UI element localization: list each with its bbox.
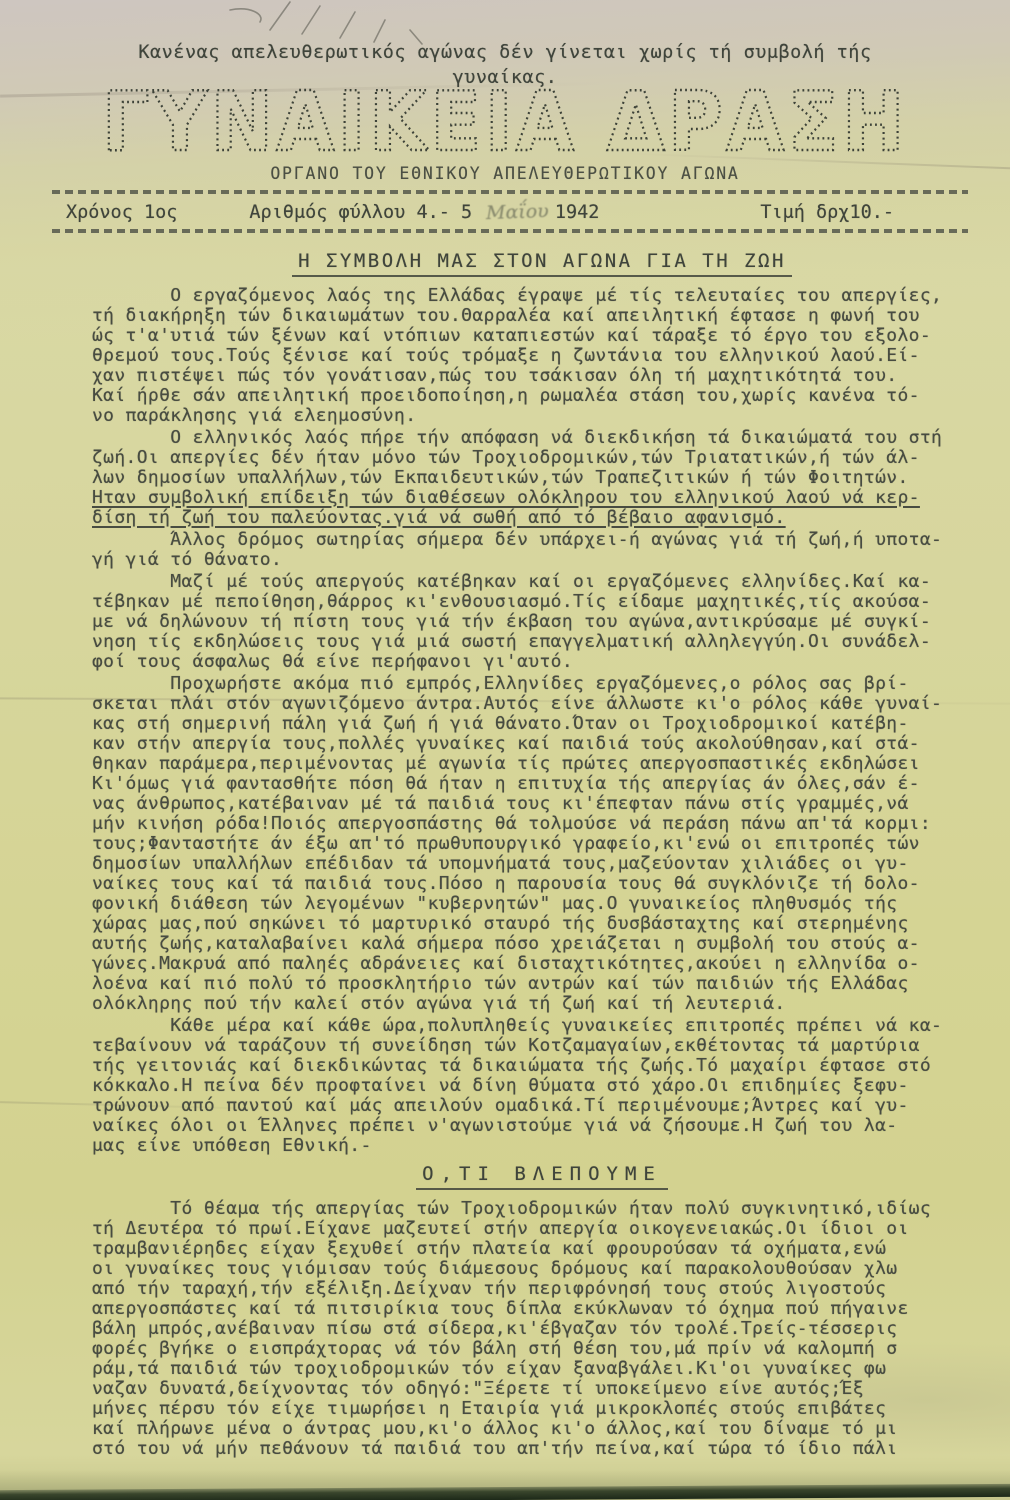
- issue-year: Χρόνος 1ος: [66, 202, 177, 223]
- issue-number: Αριθμός φύλλου 4.- 5: [249, 202, 472, 223]
- article-2-title: Ο,ΤΙ ΒΛΕΠΟΥΜΕ: [416, 1163, 668, 1190]
- text-line: Κι'όμως γιά φαντασθήτε πόση θά ήταν η επ…: [92, 774, 992, 794]
- text-line: νο παράκλησης γιά ελεημοσύνη.: [92, 406, 992, 426]
- text-line: φοί τους άσφαλως θά είνε περήφανοι γι'αυ…: [92, 652, 992, 672]
- text-line: Ο εργαζόμενος λαός της Ελλάδας έγραψε μέ…: [92, 286, 992, 306]
- text-line: γώνες.Μακρυά από παληές αδράνειες καί δι…: [92, 954, 992, 974]
- text-line: από τήν ταραχή,τήν εξέλιξη.Δείχναν τήν π…: [92, 1279, 992, 1299]
- paragraph: Προχωρήστε ακόμα πιό εμπρός,Ελληνίδες ερ…: [92, 674, 992, 1014]
- page-content: Η ΣΥΜΒΟΛΗ ΜΑΣ ΣΤΟΝ ΑΓΩΝΑ ΓΙΑ ΤΗ ΖΩΗ Ο ερ…: [92, 250, 992, 1461]
- text-line: Καί ήρθε σάν απειλητική προειδοποίηση,η …: [92, 386, 992, 406]
- text-line: θρεμού τους.Τούς ξένισε καί τούς τρόμαξε…: [92, 346, 992, 366]
- text-line: δημοσίων υπαλλήλων επέδιδαν τά υπομνήματ…: [92, 854, 992, 874]
- text-line: Ο ελληνικός λαός πήρε τήν απόφαση νά διε…: [92, 428, 992, 448]
- text-line: τρώνουν από παντού καί μάς απειλούν ομαδ…: [92, 1096, 992, 1116]
- text-line: τή Δευτέρα τό πρωί.Είχανε μαζευτεί στήν …: [92, 1219, 992, 1239]
- text-line: χώρας μας,πού σηκώνει τό μαρτυρικό σταυρ…: [92, 914, 992, 934]
- paragraph: Κάθε μέρα καί κάθε ώρα,πολυπληθείς γυναι…: [92, 1016, 992, 1156]
- text-line: γή γιά τό θάνατο.: [92, 550, 992, 570]
- subtitle: ΟΡΓΑΝΟ ΤΟΥ ΕΘΝΙΚΟΥ ΑΠΕΛΕΥΘΕΡΩΤΙΚΟΥ ΑΓΩΝΑ: [0, 164, 1010, 183]
- text-line: ζωή.Οι απεργίες δέν ήταν μόνο τών Τροχιο…: [92, 448, 992, 468]
- text-line: δίση τή ζωή του παλεύοντας.γιά νά σωθή α…: [92, 508, 992, 528]
- text-line: μας είνε υπόθεση Εθνική.-: [92, 1136, 992, 1156]
- text-line: μήνες πέρσυ τόν είχε τιμωρήσει η Εταιρία…: [92, 1399, 992, 1419]
- text-line: ναίκες όλοι οι Έλληνες πρέπει ν'αγωνιστο…: [92, 1116, 992, 1136]
- article-1-title: Η ΣΥΜΒΟΛΗ ΜΑΣ ΣΤΟΝ ΑΓΩΝΑ ΓΙΑ ΤΗ ΖΩΗ: [292, 250, 792, 277]
- text-line: φορές βγήκε ο εισπράχτορας νά τόν βάλη σ…: [92, 1339, 992, 1359]
- text-line: κόκκαλο.Η πείνα δέν προφταίνει νά δίνη θ…: [92, 1076, 992, 1096]
- text-line: χαν πιστέψει πώς τόν γονάτισαν,πώς του τ…: [92, 366, 992, 386]
- masthead-logo: ΓΥΝΑΙΚΕΙΑ ΔΡΑΣΗ: [90, 66, 920, 174]
- article-2-body: Τό θέαμα τής απεργίας τών Τροχιοδρομικών…: [92, 1199, 992, 1459]
- text-line: νηση τίς εκδηλώσεις τους γιά μιά σωστή ε…: [92, 632, 992, 652]
- text-line: αυτής ζωής,καταλαβαίνει καλά σήμερα πόσο…: [92, 934, 992, 954]
- text-line: καί πλήρωνε μένα ο άντρας μου,κι'ο άλλος…: [92, 1419, 992, 1439]
- text-line: στό του νά μήν πεθάνουν τά παιδιά του απ…: [92, 1439, 992, 1459]
- article-2-title-wrap: Ο,ΤΙ ΒΛΕΠΟΥΜΕ: [92, 1163, 992, 1190]
- issue-row: Χρόνος 1ος Αριθμός φύλλου 4.- 5 Μαΐου 19…: [52, 194, 968, 229]
- text-line: μήν κινήση ρόδα!Ποιός απεργοσπάστης θά τ…: [92, 814, 992, 834]
- text-line: καν στήν απεργία τους,πολλές γυναίκες κα…: [92, 734, 992, 754]
- text-line: Άλλος δρόμος σωτηρίας σήμερα δέν υπάρχει…: [92, 530, 992, 550]
- text-line: Ηταν συμβολική επίδειξη τών διαθέσεων ολ…: [92, 488, 992, 508]
- text-line: τή διακήρηξη τών δικαιωμάτων του.Θαρραλέ…: [92, 306, 992, 326]
- masthead-title-text: ΓΥΝΑΙΚΕΙΑ ΔΡΑΣΗ: [102, 75, 908, 170]
- article-1-title-wrap: Η ΣΥΜΒΟΛΗ ΜΑΣ ΣΤΟΝ ΑΓΩΝΑ ΓΙΑ ΤΗ ΖΩΗ: [92, 250, 992, 277]
- text-line: απεργοσπάστες καί τά πιτσιρίκια τους δίπ…: [92, 1299, 992, 1319]
- text-line: ναζαν δυνατά,δείχνοντας τόν οδηγό:"Ξέρετ…: [92, 1379, 992, 1399]
- text-line: Τό θέαμα τής απεργίας τών Τροχιοδρομικών…: [92, 1199, 992, 1219]
- paragraph: Άλλος δρόμος σωτηρίας σήμερα δέν υπάρχει…: [92, 530, 992, 570]
- text-line: ράμ,τά παιδιά τών τροχιοδρομικών τόν είχ…: [92, 1359, 992, 1379]
- motto-line-1: Κανένας απελευθερωτικός αγώνας δέν γίνετ…: [0, 40, 1010, 65]
- text-line: θηκαν παράμερα,περιμένοντας μέ αγωνία τί…: [92, 754, 992, 774]
- issue-price: Τιμή δρχ10.-: [760, 202, 894, 223]
- issue-info-block: Χρόνος 1ος Αριθμός φύλλου 4.- 5 Μαΐου 19…: [52, 190, 968, 233]
- text-line: ολόκληρης πού τήν καλεί στόν αγώνα γιά τ…: [92, 994, 992, 1014]
- text-line: τραμβανιέρηδες είχαν ξεχυθεί στήν πλατεί…: [92, 1239, 992, 1259]
- text-line: τεβαίνουν νά ταράζουν τή συνείδηση τών Κ…: [92, 1036, 992, 1056]
- paragraph: Τό θέαμα τής απεργίας τών Τροχιοδρομικών…: [92, 1199, 992, 1459]
- dashed-rule-bottom: [52, 229, 968, 233]
- dashed-rule-top: [52, 190, 968, 194]
- text-line: οι γυναίκες τους γιόμισαν τούς διάμεσους…: [92, 1259, 992, 1279]
- newspaper-page: Κανένας απελευθερωτικός αγώνας δέν γίνετ…: [0, 0, 1010, 1500]
- paragraph: Ο ελληνικός λαός πήρε τήν απόφαση νά διε…: [92, 428, 992, 528]
- paragraph: Μαζί μέ τούς απεργούς κατέβηκαν καί οι ε…: [92, 572, 992, 672]
- text-line: Κάθε μέρα καί κάθε ώρα,πολυπληθείς γυναι…: [92, 1016, 992, 1036]
- text-line: ώς τ'α'υτιά τών ξένων καί ντόπιων καταπι…: [92, 326, 992, 346]
- paragraph: Ο εργαζόμενος λαός της Ελλάδας έγραψε μέ…: [92, 286, 992, 426]
- issue-date-year: 1942: [555, 202, 600, 223]
- text-line: τής γειτονιάς καί διεκδικώντας τά δικαιώ…: [92, 1056, 992, 1076]
- article-1-body: Ο εργαζόμενος λαός της Ελλάδας έγραψε μέ…: [92, 286, 992, 1156]
- text-line: τους;Φανταστήτε άν έξω απ'τό πρωθυπουργι…: [92, 834, 992, 854]
- text-line: σκεται πλάι στόν αγωνιζόμενο άντρα.Αυτός…: [92, 694, 992, 714]
- text-line: νας άνθρωπος,κατέβαιναν μέ τά παιδιά του…: [92, 794, 992, 814]
- text-line: λοένα καί πιό πολύ τό προσκλητήριο τών α…: [92, 974, 992, 994]
- text-line: κας στή σημερινή πάλη γιά ζωή ή γιά θάνα…: [92, 714, 992, 734]
- text-line: βάλη μπρός,ανέβαιναν πίσω στά σίδερα,κι'…: [92, 1319, 992, 1339]
- text-line: Μαζί μέ τούς απεργούς κατέβηκαν καί οι ε…: [92, 572, 992, 592]
- text-line: με νά δηλώνουν τή πίστη τους γιά τήν έκβ…: [92, 612, 992, 632]
- text-line: φονική διάθεση τών λεγομένων "κυβερνητών…: [92, 894, 992, 914]
- issue-date-handwritten: Μαΐου: [486, 200, 549, 224]
- text-line: λων δημοσίων υπαλλήλων,τών Εκπαιδευτικών…: [92, 468, 992, 488]
- text-line: Προχωρήστε ακόμα πιό εμπρός,Ελληνίδες ερ…: [92, 674, 992, 694]
- text-line: ναίκες τους καί τά παιδιά τους.Πόσο η πα…: [92, 874, 992, 894]
- text-line: τέβηκαν μέ πεποίθηση,θάρρος κι'ενθουσιασ…: [92, 592, 992, 612]
